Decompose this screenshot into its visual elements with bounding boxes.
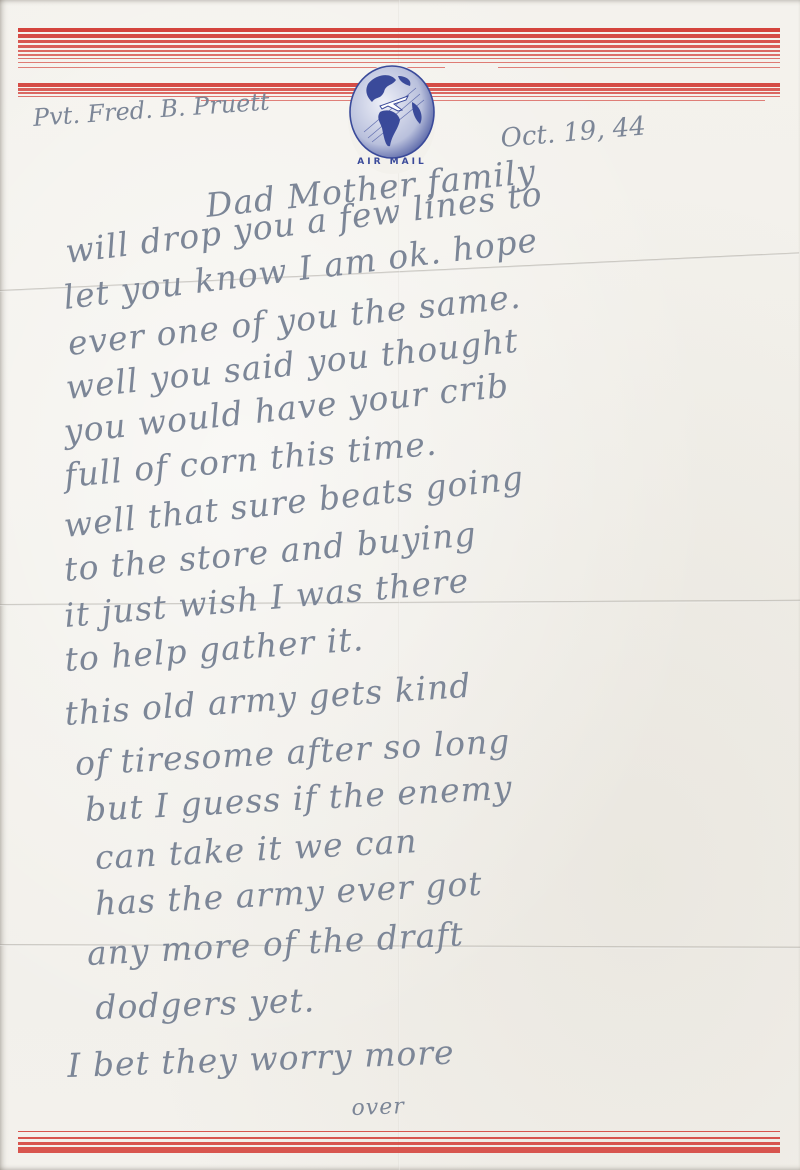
stripe-line <box>18 54 780 56</box>
letter-line: over <box>351 1094 405 1121</box>
letter-line: dodgers yet. <box>95 980 316 1027</box>
stripe-line <box>18 50 780 52</box>
stripe-line <box>201 100 765 101</box>
globe-airplane-icon <box>346 62 438 162</box>
stripe-line <box>18 58 780 59</box>
stripe-line <box>18 34 780 38</box>
stripe-line <box>18 1147 780 1153</box>
footer-stripes <box>18 1128 780 1158</box>
stripe-line <box>18 28 780 32</box>
stripe-line <box>18 1142 780 1145</box>
stripe-line <box>18 1137 780 1139</box>
stripe-line <box>18 45 780 48</box>
stripe-line <box>498 67 780 68</box>
stripe-line <box>18 40 780 43</box>
stripe-line <box>18 1131 780 1132</box>
